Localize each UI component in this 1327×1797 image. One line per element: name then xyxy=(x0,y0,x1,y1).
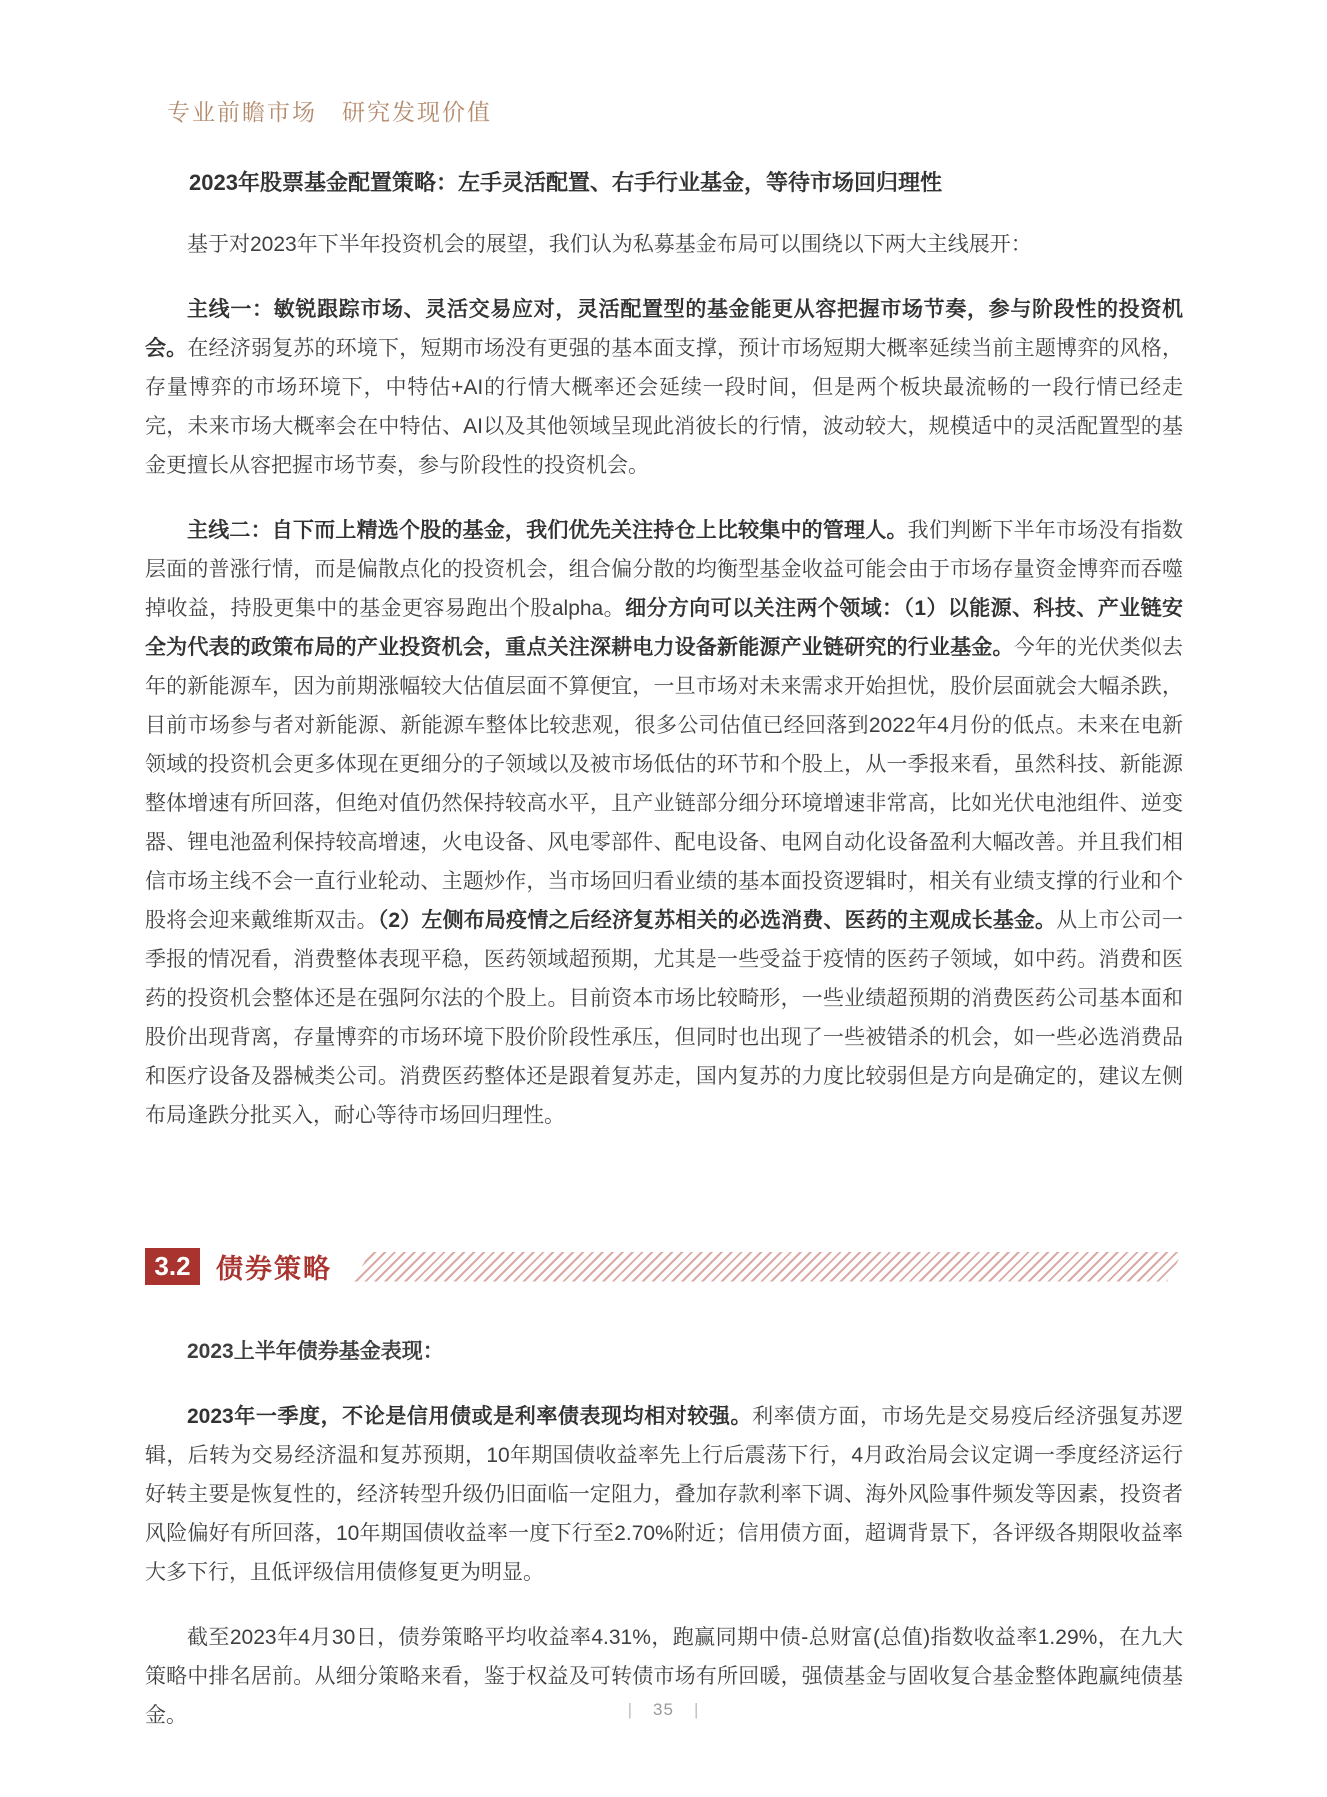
text-run-bold: （2）左侧布局疫情之后经济复苏相关的必选消费、医药的主观成长基金。 xyxy=(378,909,1056,932)
text-run: 今年的光伏类似去年的新能源车，因为前期涨幅较大估值层面不算便宜，一旦市场对未来需… xyxy=(145,636,1183,932)
text-run: 利率债方面，市场先是交易疫后经济强复苏逻辑，后转为交易经济温和复苏预期，10年期… xyxy=(145,1405,1183,1584)
paragraph-bond-q1: 2023年一季度，不论是信用债或是利率债表现均相对较强。利率债方面，市场先是交易… xyxy=(145,1397,1183,1592)
report-page: 专业前瞻市场 研究发现价值 2023年股票基金配置策略：左手灵活配置、右手行业基… xyxy=(0,0,1327,1797)
bond-subheading: 2023上半年债券基金表现： xyxy=(145,1332,1183,1371)
text-run-bold: 2023年一季度，不论是信用债或是利率债表现均相对较强。 xyxy=(187,1405,752,1428)
text-run-bold: 2023上半年债券基金表现： xyxy=(187,1340,444,1363)
page-number: 35 xyxy=(653,1700,674,1719)
hatch-stripe-decoration xyxy=(354,1252,1183,1282)
text-run: 基于对2023年下半年投资机会的展望，我们认为私募基金布局可以围绕以下两大主线展… xyxy=(187,233,1032,256)
paragraph-mainline-1: 主线一：敏锐跟踪市场、灵活交易应对，灵活配置型的基金能更从容把握市场节奏，参与阶… xyxy=(145,290,1183,485)
paragraph-intro: 基于对2023年下半年投资机会的展望，我们认为私募基金布局可以围绕以下两大主线展… xyxy=(145,225,1183,264)
paragraph-mainline-2: 主线二：自下而上精选个股的基金，我们优先关注持仓上比较集中的管理人。我们判断下半… xyxy=(145,511,1183,1135)
page-footer: |35| xyxy=(0,1700,1327,1720)
footer-left-bar: | xyxy=(628,1700,633,1719)
section-3-2-header: 3.2 债券策略 xyxy=(145,1247,1183,1286)
text-run: 从上市公司一季报的情况看，消费整体表现平稳，医药领域超预期，尤其是一些受益于疫情… xyxy=(145,909,1183,1127)
footer-right-bar: | xyxy=(694,1700,699,1719)
stock-strategy-title: 2023年股票基金配置策略：左手灵活配置、右手行业基金，等待市场回归理性 xyxy=(145,167,1183,199)
header-slogan: 专业前瞻市场 研究发现价值 xyxy=(167,0,1183,127)
text-run-bold: 主线二：自下而上精选个股的基金，我们优先关注持仓上比较集中的管理人。 xyxy=(187,519,908,542)
section-title: 债券策略 xyxy=(216,1247,332,1286)
text-run: 在经济弱复苏的环境下，短期市场没有更强的基本面支撑，预计市场短期大概率延续当前主… xyxy=(145,337,1183,477)
section-number-badge: 3.2 xyxy=(145,1248,200,1285)
